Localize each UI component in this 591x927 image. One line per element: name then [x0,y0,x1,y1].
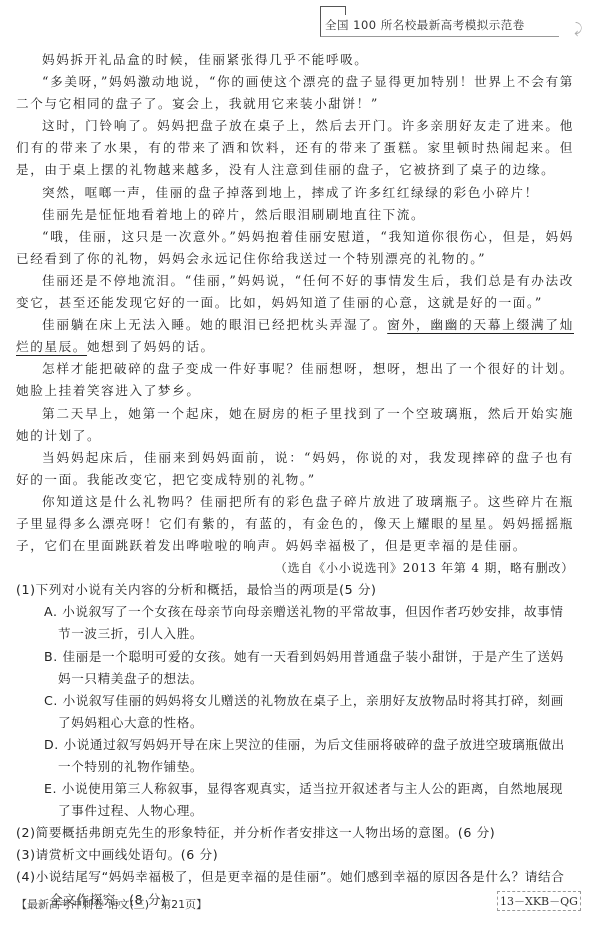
question-3: (3)请赏析文中画线处语句。(6 分) [16,844,574,866]
question-1-option-a: A. 小说叙写了一个女孩在母亲节向母亲赠送礼物的平常故事，但因作者巧妙安排，故事… [16,601,574,645]
story-paragraph: 第二天早上，她第一个起床，她在厨房的柜子里找到了一个空玻璃瓶，然后开始实施她的计… [16,403,574,447]
story-paragraph: 这时，门铃响了。妈妈把盘子放在桌子上，然后去开门。许多亲朋好友走了进来。他们有的… [16,115,574,181]
story-paragraph-underlined: 佳丽躺在床上无法入睡。她的眼泪已经把枕头弄湿了。窗外，幽幽的天幕上缀满了灿烂的星… [16,314,574,358]
question-1-option-b: B. 佳丽是一个聪明可爱的女孩。她有一天看到妈妈用普通盘子装小甜饼，于是产生了送… [16,646,574,690]
story-paragraph: 突然，哐啷一声，佳丽的盘子掉落到地上，摔成了许多红红绿绿的彩色小碎片！ [16,182,574,204]
story-paragraph: 佳丽先是怔怔地看着地上的碎片，然后眼泪刷刷地直往下流。 [16,204,574,226]
footer-code: 13－XKB－QG [497,891,581,911]
question-2: (2)简要概括弗朗克先生的形象特征，并分析作者安排这一人物出场的意图。(6 分) [16,822,574,844]
footer-page-label: 【最新高考冲刺卷·语文(三) 第21页】 [16,896,207,912]
header-badge: 全国 100 所名校最新高考模拟示范卷 ⤸ [320,14,559,37]
story-paragraph: 佳丽还是不停地流泪。“佳丽，”妈妈说，“任何不好的事情发生后，我们总是有办法改变… [16,270,574,314]
story-paragraph: 当妈妈起床后，佳丽来到妈妈面前，说：“妈妈，你说的对，我发现摔碎的盘子也有好的一… [16,447,574,491]
header-badge-text: 全国 100 所名校最新高考模拟示范卷 [325,18,525,32]
source-citation: （选自《小小说选刊》2013 年第 4 期，略有删改） [16,557,574,579]
story-paragraph: 妈妈拆开礼品盒的时候，佳丽紧张得几乎不能呼吸。 [16,49,574,71]
story-paragraph: “哦，佳丽，这只是一次意外。”妈妈抱着佳丽安慰道，“我知道你很伤心，但是，妈妈已… [16,226,574,270]
question-1-title: (1)下列对小说有关内容的分析和概括，最恰当的两项是(5 分) [16,579,574,601]
story-paragraph: “多美呀，”妈妈激动地说，“你的画使这个漂亮的盘子显得更加特别！世界上不会有第二… [16,71,574,115]
p8-text-after: 她想到了妈妈的话。 [87,339,215,354]
question-1-option-c: C. 小说叙写佳丽的妈妈将女儿赠送的礼物放在桌子上，亲朋好友放物品时将其打碎，刻… [16,690,574,734]
question-1-option-e: E. 小说使用第三人称叙事，显得客观真实，适当拉开叙述者与主人公的距离，自然地展… [16,778,574,822]
story-paragraph: 怎样才能把破碎的盘子变成一件好事呢？佳丽想呀，想呀，想出了一个很好的计划。她脸上… [16,358,574,402]
badge-tab-decoration [320,6,346,15]
p8-text: 佳丽躺在床上无法入睡。她的眼泪已经把枕头弄湿了。 [42,317,387,332]
story-paragraph: 你知道这是什么礼物吗？佳丽把所有的彩色盘子碎片放进了玻璃瓶子。这些碎片在瓶子里显… [16,491,574,557]
curl-decoration-icon: ⤸ [574,18,583,40]
document-body: 妈妈拆开礼品盒的时候，佳丽紧张得几乎不能呼吸。 “多美呀，”妈妈激动地说，“你的… [16,49,574,911]
question-1-option-d: D. 小说通过叙写妈妈开导在床上哭泣的佳丽，为后文佳丽将破碎的盘子放进空玻璃瓶做… [16,734,574,778]
